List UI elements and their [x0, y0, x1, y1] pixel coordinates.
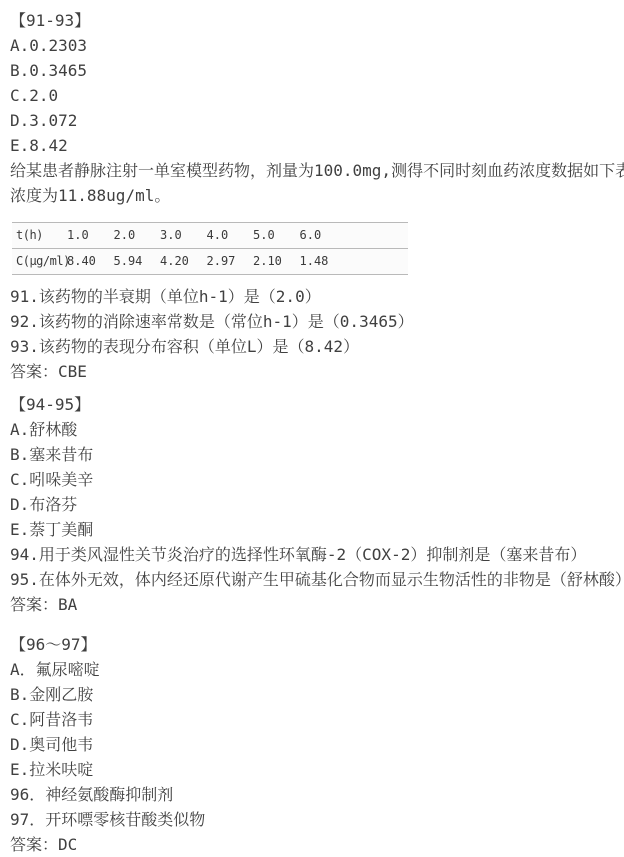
table-cell: 8.40: [67, 249, 114, 274]
table-cell: C(μg/ml): [12, 249, 67, 274]
table-row-time: t(h) 1.0 2.0 3.0 4.0 5.0 6.0: [12, 222, 408, 248]
option-e: E.8.42: [10, 133, 624, 158]
option-d: D.3.072: [10, 108, 624, 133]
drug-concentration-table: t(h) 1.0 2.0 3.0 4.0 5.0 6.0 C(μg/ml) 8.…: [12, 222, 408, 275]
answer-line: 答案：CBE: [10, 359, 624, 384]
option-b: B.金刚乙胺: [10, 682, 624, 707]
table-cell: 1.48: [300, 249, 347, 274]
group-heading: 【96～97】: [10, 632, 624, 657]
question-line-95: 95.在体外无效，体内经还原代谢产生甲硫基化合物而显示生物活性的非物是（舒林酸）: [10, 567, 624, 592]
table-cell: t(h): [12, 223, 67, 248]
table-cell: 5.0: [253, 223, 300, 248]
table-cell: 4.20: [160, 249, 207, 274]
option-e: E.拉米呋啶: [10, 757, 624, 782]
answer-line: 答案：DC: [10, 832, 624, 857]
question-line-97: 97．开环嘌零核苷酸类似物: [10, 807, 624, 832]
option-a: A．氟尿嘧啶: [10, 657, 624, 682]
option-c: C.2.0: [10, 83, 624, 108]
answer-line: 答案：BA: [10, 592, 624, 617]
group-heading: 【91-93】: [10, 8, 624, 33]
table-row-concentration: C(μg/ml) 8.40 5.94 4.20 2.97 2.10 1.48: [12, 248, 408, 274]
table-cell: 4.0: [207, 223, 254, 248]
option-b: B.塞来昔布: [10, 442, 624, 467]
table-cell-filler: [346, 223, 408, 248]
question-line-92: 92.该药物的消除速率常数是（常位h-1）是（0.3465）: [10, 309, 624, 334]
table-cell-filler: [346, 249, 408, 274]
option-a: A.舒林酸: [10, 417, 624, 442]
question-stem-line: 给某患者静脉注射一单室模型药物，剂量为100.0mg,测得不同时刻血药浓度数据如…: [10, 158, 624, 183]
question-line-91: 91.该药物的半衰期（单位h-1）是（2.0）: [10, 284, 624, 309]
question-group-96-97: 【96～97】 A．氟尿嘧啶 B.金刚乙胺 C.阿昔洛韦 D.奥司他韦 E.拉米…: [10, 632, 624, 857]
option-c: C.阿昔洛韦: [10, 707, 624, 732]
option-e: E.萘丁美酮: [10, 517, 624, 542]
table-cell: 3.0: [160, 223, 207, 248]
table-cell: 2.97: [207, 249, 254, 274]
option-d: D.布洛芬: [10, 492, 624, 517]
option-a: A.0.2303: [10, 33, 624, 58]
table-cell: 5.94: [114, 249, 161, 274]
question-line-96: 96．神经氨酸酶抑制剂: [10, 782, 624, 807]
group-heading: 【94-95】: [10, 392, 624, 417]
question-line-93: 93.该药物的表现分布容积（单位L）是（8.42）: [10, 334, 624, 359]
option-b: B.0.3465: [10, 58, 624, 83]
exam-document: 【91-93】 A.0.2303 B.0.3465 C.2.0 D.3.072 …: [0, 0, 624, 857]
question-stem-line: 浓度为11.88ug/ml。: [10, 183, 624, 208]
table-cell: 2.0: [114, 223, 161, 248]
table-cell: 1.0: [67, 223, 114, 248]
table-cell: 6.0: [300, 223, 347, 248]
table-cell: 2.10: [253, 249, 300, 274]
question-group-91-93: 【91-93】 A.0.2303 B.0.3465 C.2.0 D.3.072 …: [10, 8, 624, 384]
option-d: D.奥司他韦: [10, 732, 624, 757]
question-line-94: 94.用于类风湿性关节炎治疗的选择性环氧酶-2（COX-2）抑制剂是（塞来昔布）: [10, 542, 624, 567]
question-group-94-95: 【94-95】 A.舒林酸 B.塞来昔布 C.吲哚美辛 D.布洛芬 E.萘丁美酮…: [10, 392, 624, 617]
option-c: C.吲哚美辛: [10, 467, 624, 492]
